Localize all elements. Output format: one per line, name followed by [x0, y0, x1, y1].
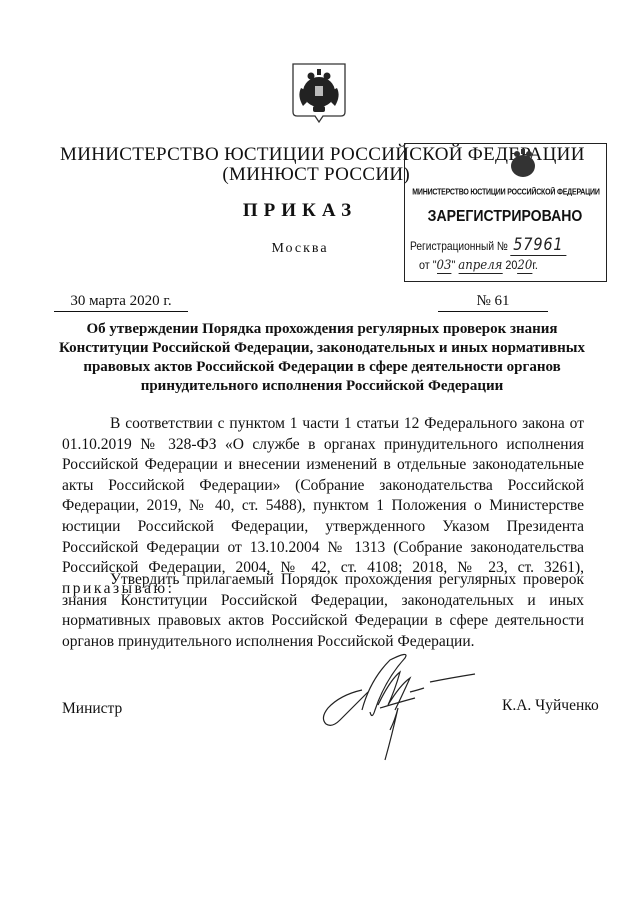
- stamp-date-year-prefix: 20: [502, 258, 517, 272]
- stamp-reg-label: Регистрационный №: [410, 239, 508, 253]
- document-title: Об утверждении Порядка прохождения регул…: [52, 320, 592, 396]
- stamp-reg-number: 57961: [511, 235, 566, 256]
- stamp-status: ЗАРЕГИСТРИРОВАНО: [417, 208, 593, 226]
- signer-title: Министр: [62, 700, 122, 718]
- handwritten-signature-icon: [300, 650, 480, 770]
- stamp-date-month: апреля: [458, 258, 502, 274]
- stamp-date-year: 20: [517, 258, 532, 274]
- paragraph-basis-text: В соответствии с пунктом 1 части 1 стать…: [62, 415, 584, 576]
- signer-name: К.А. Чуйченко: [502, 697, 599, 715]
- stamp-ministry-name: МИНИСТЕРСТВО ЮСТИЦИИ РОССИЙСКОЙ ФЕДЕРАЦИ…: [407, 188, 605, 196]
- city: Москва: [200, 241, 400, 257]
- document-type: ПРИКАЗ: [200, 200, 400, 222]
- stamp-registration-date: от "03" апреля 2020г.: [419, 258, 586, 273]
- stamp-date-prefix: от ": [419, 258, 437, 272]
- coat-of-arms-icon: [291, 62, 347, 124]
- ministry-short-name: (МИНЮСТ РОССИИ): [60, 164, 410, 186]
- order-date: 30 марта 2020 г.: [54, 293, 188, 312]
- stamp-emblem-icon: [505, 146, 541, 182]
- order-number: № 61: [438, 293, 548, 312]
- stamp-date-end: г.: [532, 258, 538, 272]
- registration-stamp: МИНИСТЕРСТВО ЮСТИЦИИ РОССИЙСКОЙ ФЕДЕРАЦИ…: [404, 143, 607, 282]
- paragraph-decision: Утвердить прилагаемый Порядок прохождени…: [62, 570, 584, 652]
- stamp-date-day: 03: [437, 258, 452, 274]
- stamp-registration-number: Регистрационный № 57961: [410, 235, 576, 255]
- stamp-date-mid: ": [451, 258, 458, 272]
